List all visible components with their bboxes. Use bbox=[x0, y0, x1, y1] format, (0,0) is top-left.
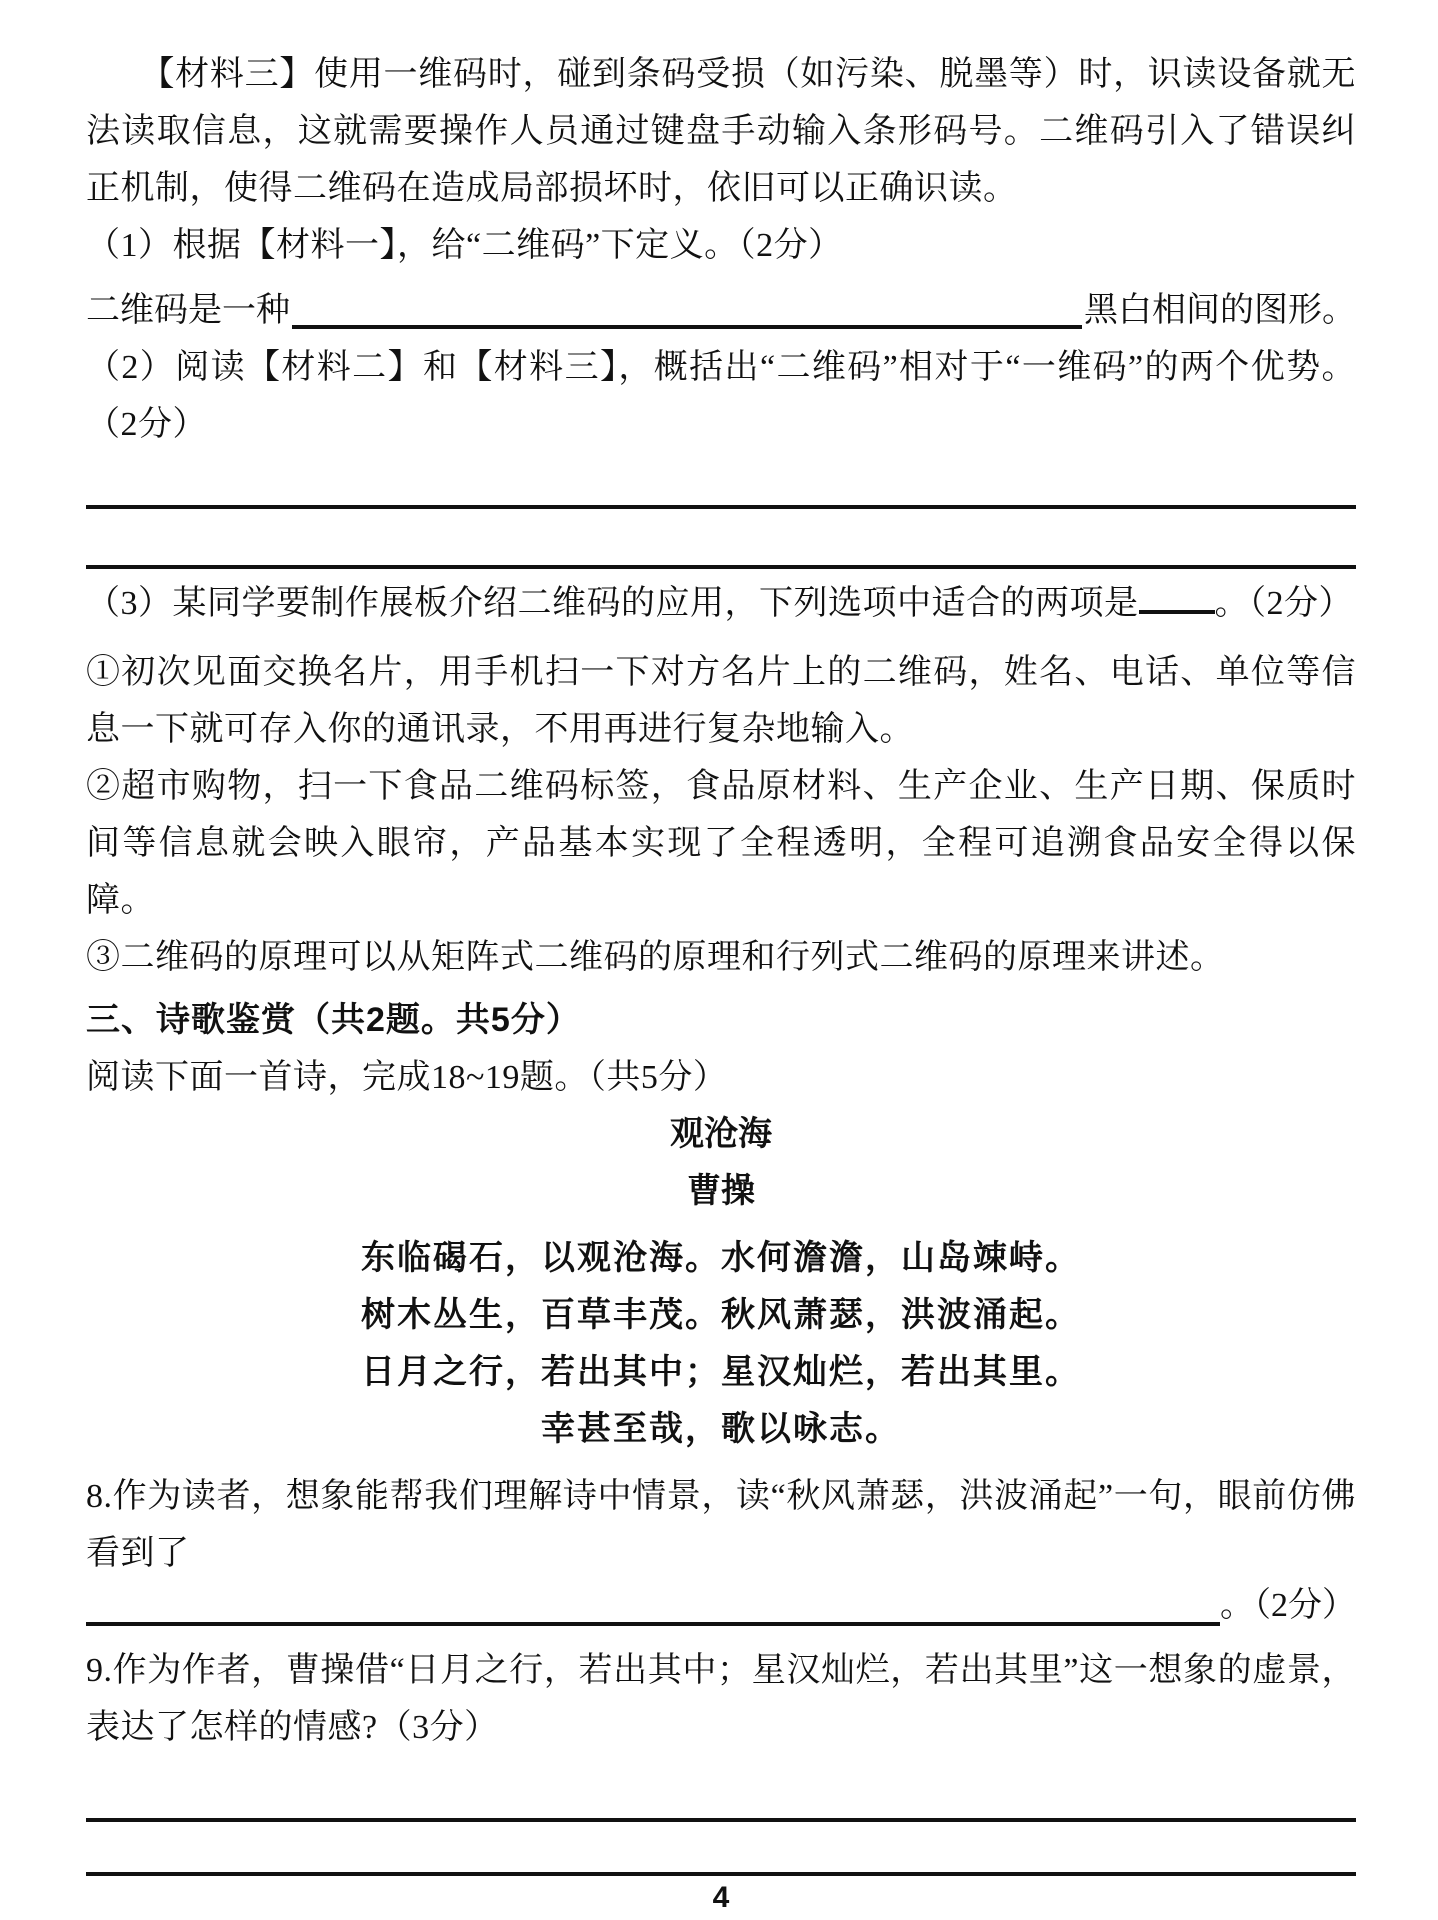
question-1-prompt: （1）根据【材料一】，给“二维码”下定义。（2分） bbox=[86, 217, 1356, 274]
poem-line-4: 幸甚至哉，歌以咏志。 bbox=[86, 1401, 1356, 1458]
question-1-answer-line: 二维码是一种 黑白相间的图形。 bbox=[86, 282, 1356, 339]
poem-line-2: 树木丛生，百草丰茂。秋风萧瑟，洪波涌起。 bbox=[86, 1287, 1356, 1344]
question-3-prompt: （3）某同学要制作展板介绍二维码的应用，下列选项中适合的两项是。（2分） bbox=[86, 575, 1356, 632]
question-2-answer-blank-1 bbox=[86, 453, 1356, 509]
exam-page: 【材料三】使用一维码时，碰到条码受损（如污染、脱墨等）时，识读设备就无法读取信息… bbox=[0, 0, 1438, 1920]
poem: 观沧海 曹操 东临碣石，以观沧海。水何澹澹，山岛竦峙。 树木丛生，百草丰茂。秋风… bbox=[86, 1106, 1356, 1458]
poem-line-3: 日月之行，若出其中；星汉灿烂，若出其里。 bbox=[86, 1344, 1356, 1401]
section-3-heading: 三、诗歌鉴赏（共2题。共5分） bbox=[86, 992, 1356, 1049]
question-1-answer-prefix: 二维码是一种 bbox=[86, 282, 290, 339]
question-2-prompt: （2）阅读【材料二】和【材料三】，概括出“二维码”相对于“一维码”的两个优势。（… bbox=[86, 339, 1356, 453]
poem-line-1: 东临碣石，以观沧海。水何澹澹，山岛竦峙。 bbox=[86, 1230, 1356, 1287]
question-3-option-3: ③二维码的原理可以从矩阵式二维码的原理和行列式二维码的原理来讲述。 bbox=[86, 929, 1356, 986]
question-3-prompt-after: 。（2分） bbox=[1215, 585, 1354, 622]
question-8-answer-suffix: 。（2分） bbox=[1220, 1577, 1356, 1634]
page-number: 4 bbox=[86, 1880, 1356, 1916]
question-8-answer-blank bbox=[86, 1582, 1220, 1626]
material-3-paragraph: 【材料三】使用一维码时，碰到条码受损（如污染、脱墨等）时，识读设备就无法读取信息… bbox=[86, 46, 1356, 217]
question-9-answer-blank-2 bbox=[86, 1822, 1356, 1876]
question-8-prompt: 8.作为读者，想象能帮我们理解诗中情景，读“秋风萧瑟，洪波涌起”一句，眼前仿佛看… bbox=[86, 1468, 1356, 1582]
question-9-answer-blank-1 bbox=[86, 1770, 1356, 1822]
poem-title: 观沧海 bbox=[86, 1106, 1356, 1163]
question-2-answer-blank-2 bbox=[86, 509, 1356, 569]
section-3-intro: 阅读下面一首诗，完成18~19题。（共5分） bbox=[86, 1049, 1356, 1106]
poem-body: 东临碣石，以观沧海。水何澹澹，山岛竦峙。 树木丛生，百草丰茂。秋风萧瑟，洪波涌起… bbox=[86, 1230, 1356, 1458]
question-1-answer-suffix: 黑白相间的图形。 bbox=[1084, 282, 1356, 339]
question-9-prompt: 9.作为作者，曹操借“日月之行，若出其中；星汉灿烂，若出其里”这一想象的虚景，表… bbox=[86, 1642, 1356, 1756]
poem-author: 曹操 bbox=[86, 1163, 1356, 1220]
question-3-option-1: ①初次见面交换名片，用手机扫一下对方名片上的二维码，姓名、电话、单位等信息一下就… bbox=[86, 644, 1356, 758]
question-3-options: ①初次见面交换名片，用手机扫一下对方名片上的二维码，姓名、电话、单位等信息一下就… bbox=[86, 644, 1356, 986]
question-3-inline-blank bbox=[1139, 580, 1215, 614]
question-3-option-2: ②超市购物，扫一下食品二维码标签，食品原材料、生产企业、生产日期、保质时间等信息… bbox=[86, 758, 1356, 929]
question-1-answer-blank bbox=[292, 285, 1082, 329]
question-8-answer-line: 。（2分） bbox=[86, 1582, 1356, 1634]
question-3-prompt-before: （3）某同学要制作展板介绍二维码的应用，下列选项中适合的两项是 bbox=[86, 585, 1139, 622]
